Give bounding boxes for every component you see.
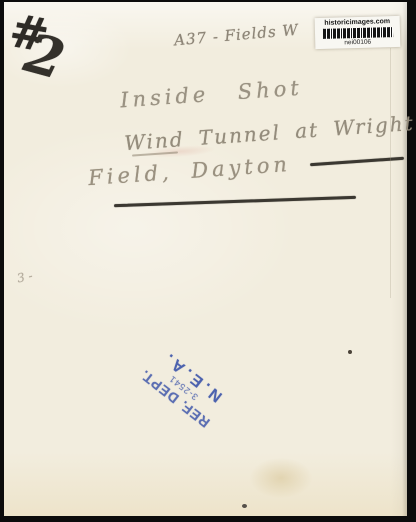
caption-line-inside-shot: Inside Shot	[119, 76, 303, 113]
paper-crease	[390, 48, 391, 298]
paper-speck	[348, 350, 352, 354]
catalog-note-handwriting: A37 - Fields W	[173, 21, 299, 50]
pencil-underline-long	[114, 196, 356, 207]
barcode-icon	[322, 27, 392, 39]
ref-dept-ink-stamp: REF. DEPT. 3-2541 N.E.A.	[119, 329, 250, 445]
photo-back-scan: # 2 A37 - Fields W historicimages.com ne…	[0, 0, 416, 522]
faint-pencil-note: 3 -	[16, 269, 34, 286]
photo-back-paper: # 2 A37 - Fields W historicimages.com ne…	[4, 2, 407, 516]
historicimages-watermark-label: historicimages.com nei00106	[315, 16, 401, 49]
watermark-code-text: nei00106	[344, 39, 371, 47]
caption-line-field-dayton: Field, Dayton	[87, 152, 291, 190]
paper-stain	[250, 458, 312, 498]
paper-speck	[242, 504, 247, 508]
